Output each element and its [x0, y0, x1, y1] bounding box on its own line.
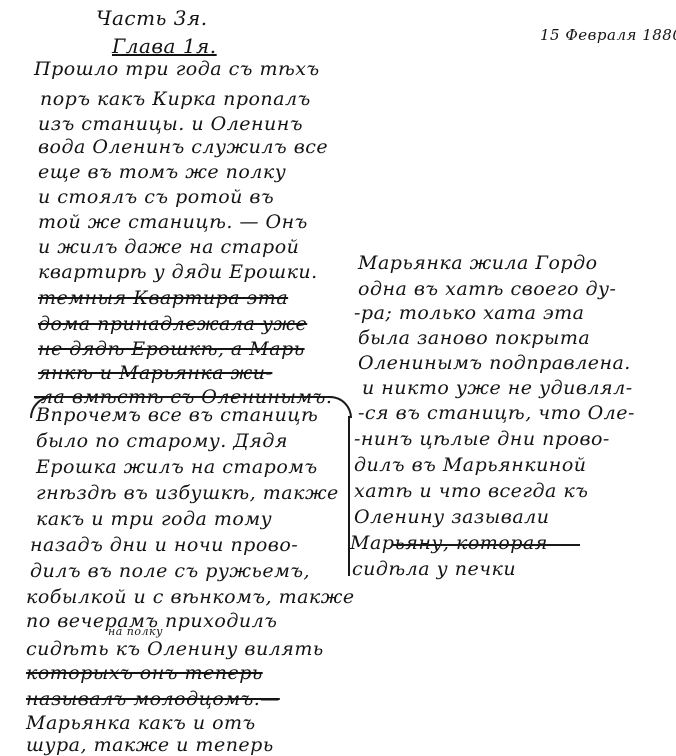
right-line-13: сидѣла у печки [352, 558, 516, 580]
left-line-11: дома принадлежала уже [38, 313, 307, 335]
right-line-6: и никто уже не удивлял- [362, 377, 633, 399]
date-line: 15 Февраля 1880. [540, 26, 676, 44]
left-line-6: и стоялъ съ ротой въ [38, 186, 274, 208]
right-line-11: Оленину зазывали [354, 506, 550, 528]
bracket-mark-top [60, 396, 352, 418]
left-line-19: какъ и три года тому [36, 508, 272, 530]
left-line-20: назадъ дни и ночи прово- [30, 534, 298, 556]
left-line-25: которыхъ онъ теперь [26, 662, 263, 684]
section-end-rule [392, 544, 580, 546]
insertion-note: на полку [108, 625, 163, 638]
manuscript-page: Часть 3я. Глава 1я. 15 Февраля 1880. Про… [0, 0, 676, 756]
left-line-21: дилъ въ поле съ ружьемъ, [30, 560, 310, 582]
right-line-2: одна въ хатѣ своего ду- [358, 278, 616, 300]
left-line-26: называлъ молодцомъ.— [26, 688, 280, 710]
left-line-4: вода Оленинъ служилъ все [38, 136, 328, 158]
left-line-28: шура, также и теперь [26, 734, 274, 756]
left-line-7: той же станицѣ. — Онъ [38, 211, 308, 233]
left-line-2: поръ какъ Кирка пропалъ [40, 88, 311, 110]
left-line-10: темныя Квартира эта [38, 287, 288, 309]
right-line-5: Оленинымъ подправлена. [358, 352, 631, 374]
right-line-10: хатѣ и что всегда къ [354, 480, 588, 502]
left-line-1: Прошло три года съ тѣхъ [34, 58, 320, 80]
right-line-7: -ся въ станицѣ, что Оле- [358, 402, 635, 424]
right-line-9: дилъ въ Марьянкиной [354, 454, 587, 476]
left-line-22: кобылкой и с вѣнкомъ, также [26, 586, 355, 608]
right-line-3: -ра; только хата эта [354, 302, 585, 324]
right-line-8: -нинъ цѣлые дни прово- [354, 428, 610, 450]
right-line-12: Марьяну, которая [350, 532, 548, 554]
left-line-18: гнѣздѣ въ избушкѣ, также [36, 482, 339, 504]
left-line-5: еще въ томъ же полку [38, 161, 286, 183]
right-line-4: была заново покрыта [358, 327, 590, 349]
left-line-24: сидѣть къ Оленину вилять [26, 638, 324, 660]
left-line-16: было по старому. Дядя [36, 430, 288, 452]
left-line-3: изъ станицы. и Оленинъ [38, 113, 303, 135]
left-line-13: янкѣ и Марьянка жи- [38, 362, 272, 384]
left-line-9: квартирѣ у дяди Ерошки. [38, 261, 318, 283]
right-line-1: Марьянка жила Гордо [358, 252, 598, 274]
left-line-8: и жилъ даже на старой [38, 236, 299, 258]
part-heading: Часть 3я. [96, 6, 208, 30]
left-line-12: не дядѣ Ерошкѣ, а Марь [38, 338, 305, 360]
left-line-17: Ерошка жилъ на старомъ [36, 456, 318, 478]
chapter-heading: Глава 1я. [112, 34, 217, 58]
left-line-27: Марьянка какъ и отъ [26, 712, 256, 734]
